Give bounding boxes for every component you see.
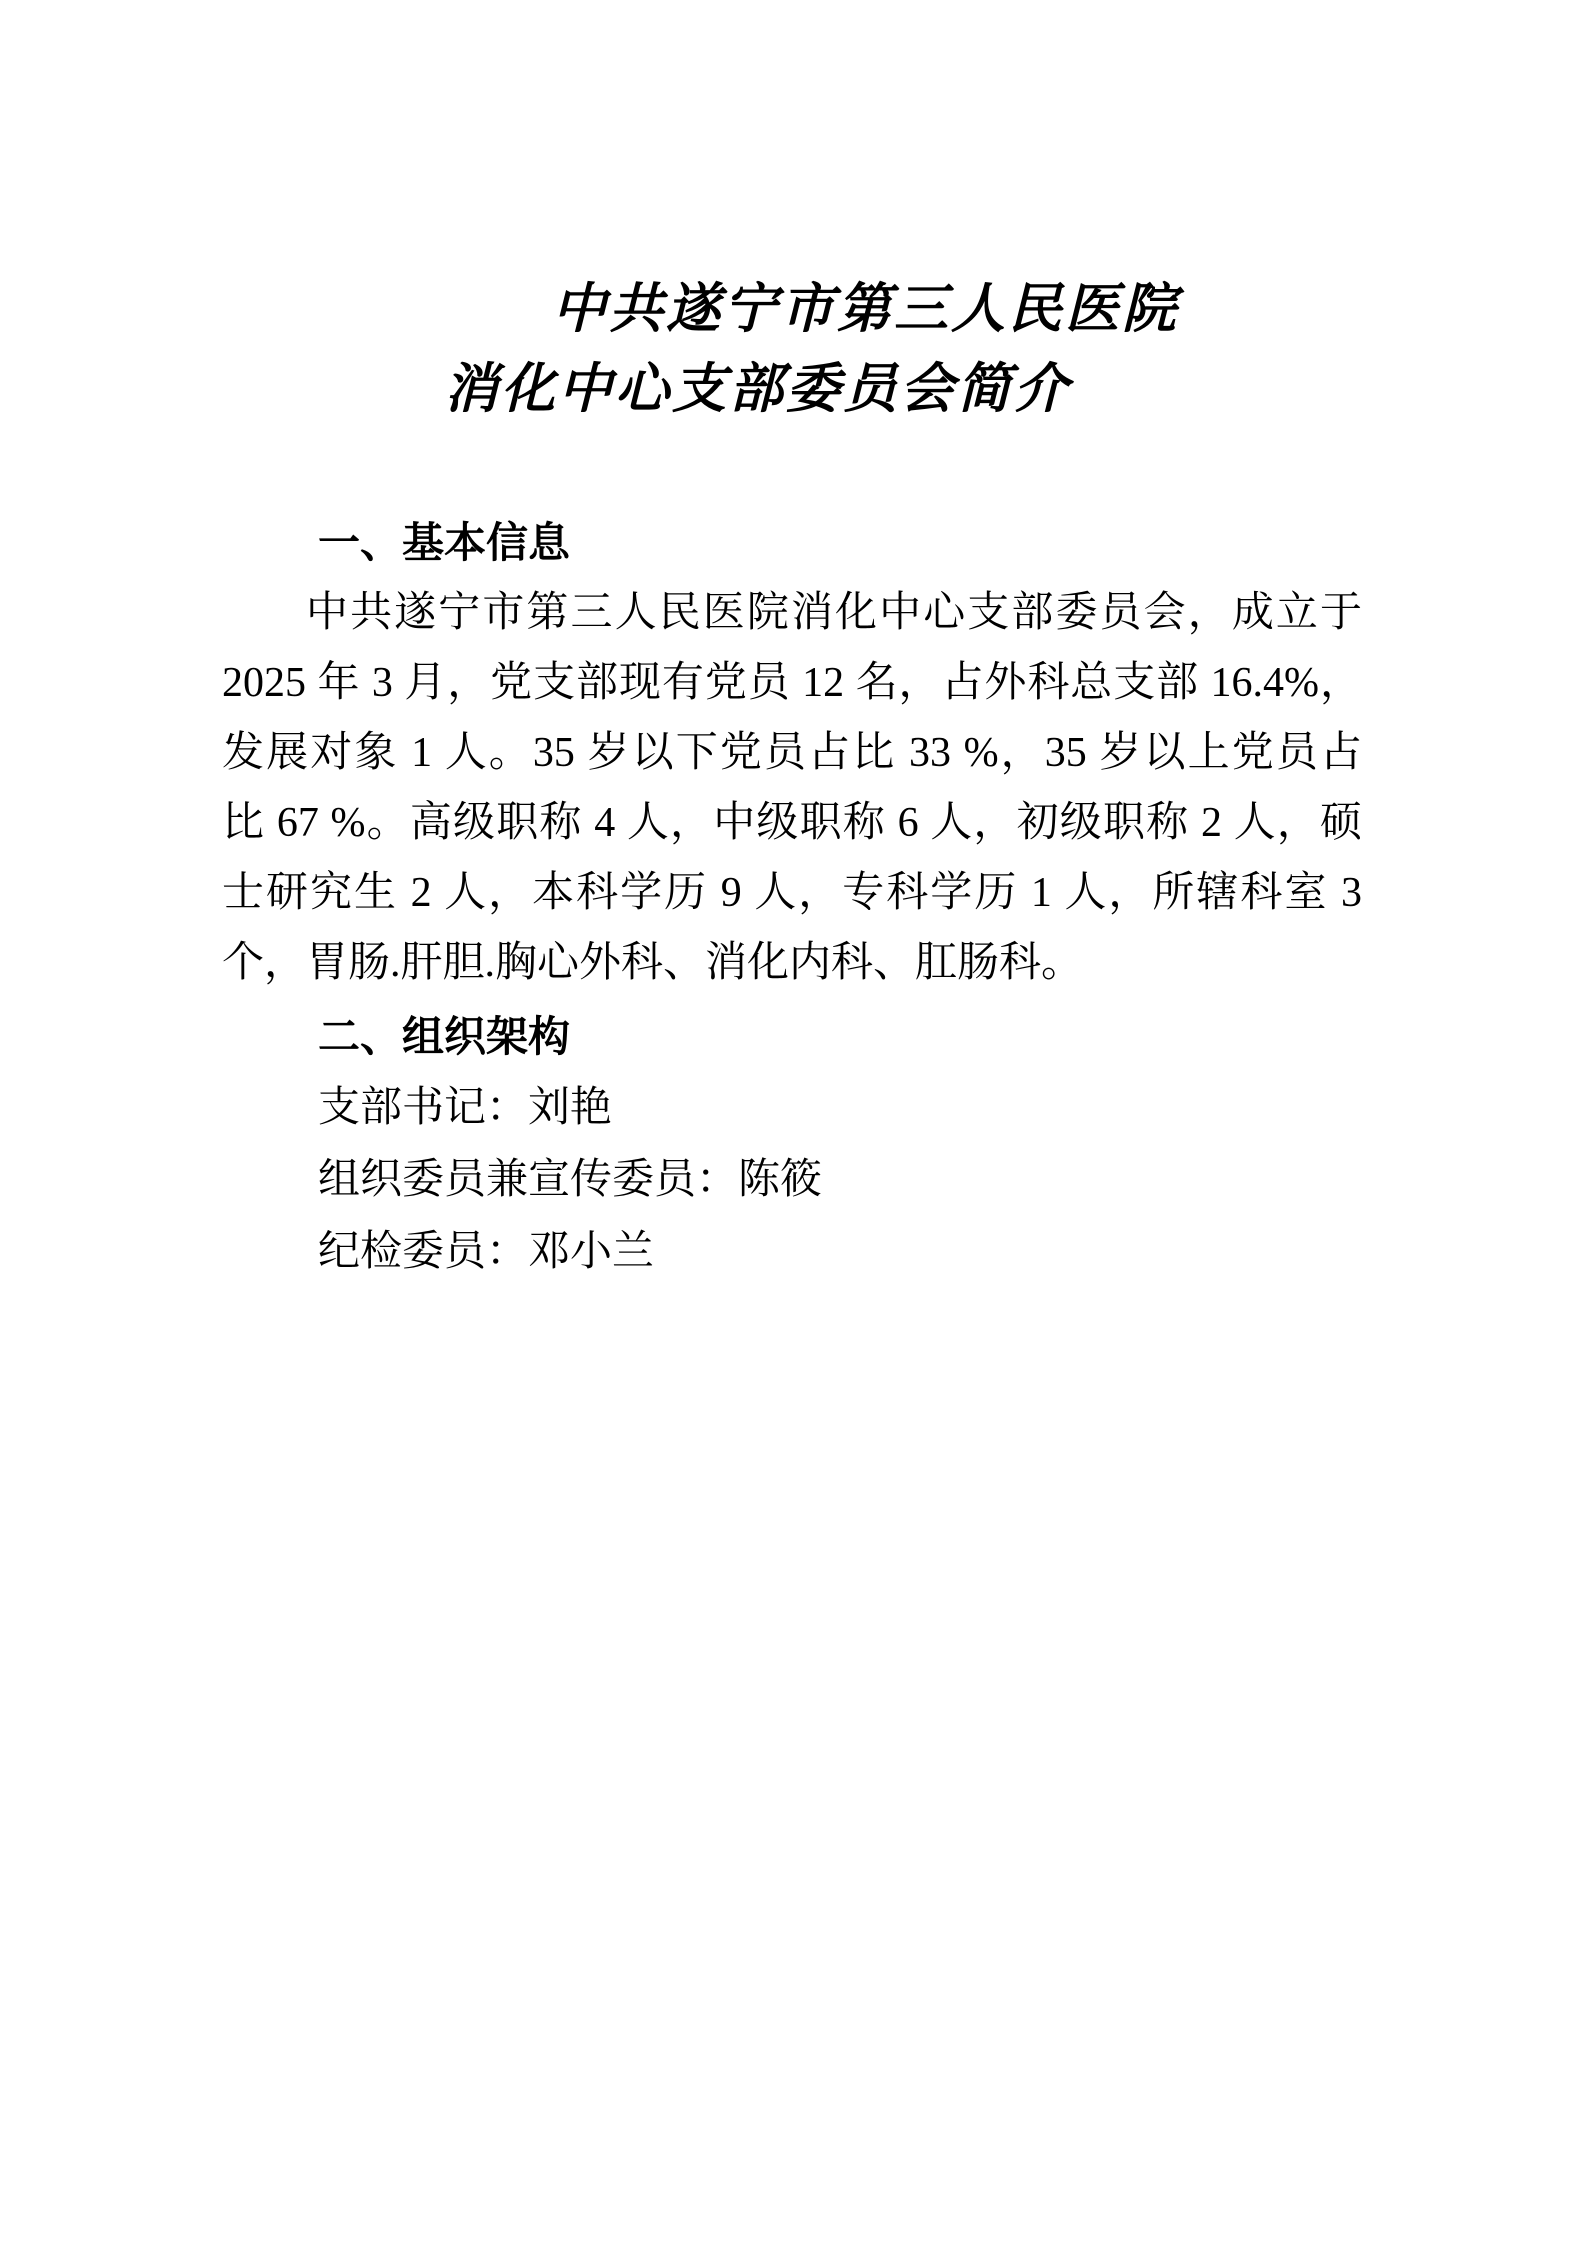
document-page: 中共遂宁市第三人民医院 消化中心支部委员会简介 一、基本信息 中共遂宁市第三人民…: [0, 0, 1587, 2245]
section-heading-basic-info: 一、基本信息: [222, 508, 1362, 578]
org-line-discipline-inspection-member: 纪检委员：邓小兰: [222, 1216, 1362, 1288]
org-line-organization-publicity-member: 组织委员兼宣传委员：陈筱: [222, 1144, 1362, 1216]
paragraph-line-2: 2025 年 3 月，党支部现有党员 12 名，占外科总支部 16.4%，: [222, 648, 1362, 718]
paragraph-line-5: 士研究生 2 人，本科学历 9 人，专科学历 1 人，所辖科室 3: [222, 858, 1362, 928]
paragraph-line-3: 发展对象 1 人。35 岁以下党员占比 33 %，35 岁以上党员占: [222, 718, 1362, 788]
section-heading-organization: 二、组织架构: [222, 1002, 1362, 1072]
paragraph-line-1: 中共遂宁市第三人民医院消化中心支部委员会，成立于: [222, 578, 1362, 648]
paragraph-line-4: 比 67 %。高级职称 4 人，中级职称 6 人，初级职称 2 人，硕: [222, 788, 1362, 858]
document-content: 中共遂宁市第三人民医院 消化中心支部委员会简介 一、基本信息 中共遂宁市第三人民…: [222, 268, 1362, 1288]
document-title-line-1: 中共遂宁市第三人民医院: [552, 268, 1362, 348]
org-line-branch-secretary: 支部书记：刘艳: [222, 1072, 1362, 1144]
paragraph-line-6: 个，胃肠.肝胆.胸心外科、消化内科、肛肠科。: [222, 928, 1362, 998]
document-title-line-2: 消化中心支部委员会简介: [444, 348, 1362, 428]
